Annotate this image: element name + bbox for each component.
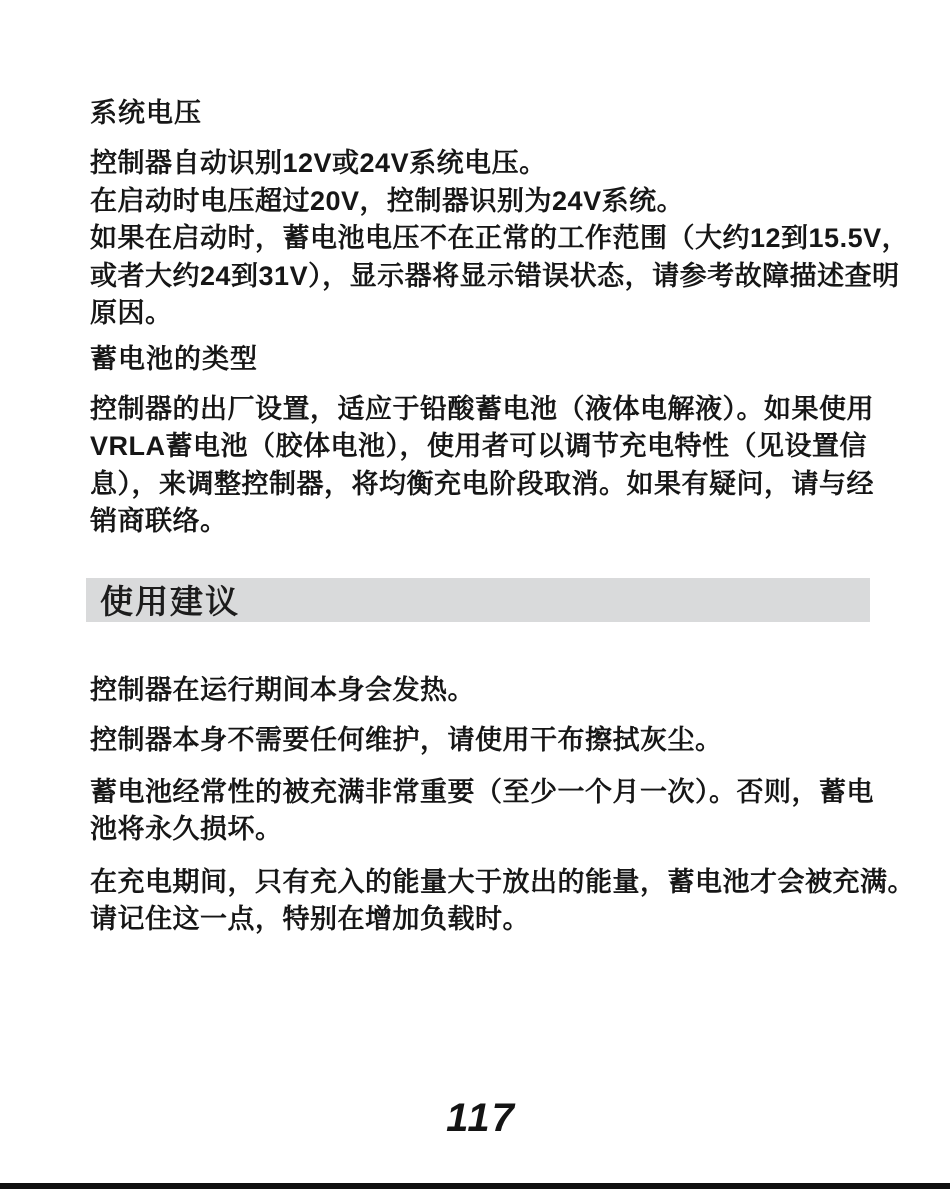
paragraph-line: 在启动时电压超过20V，控制器识别为24V系统。 [90,183,872,221]
paragraph-line: 或者大约24到31V），显示器将显示错误状态，请参考故障描述查明 [90,258,872,296]
paragraph-system-voltage: 控制器自动识别12V或24V系统电压。 在启动时电压超过20V，控制器识别为24… [90,145,872,333]
paragraph-line: 池将永久损坏。 [90,811,872,849]
paragraph-heat-notice: 控制器在运行期间本身会发热。 [90,672,872,710]
paragraph-charging-energy: 在充电期间，只有充入的能量大于放出的能量，蓄电池才会被充满。 请记住这一点，特别… [90,864,872,939]
paragraph-line: 控制器自动识别12V或24V系统电压。 [90,145,872,183]
section-banner-usage-advice: 使用建议 [86,578,870,622]
paragraph-line: 控制器的出厂设置，适应于铅酸蓄电池（液体电解液）。如果使用 [90,391,872,429]
paragraph-maintenance: 控制器本身不需要任何维护，请使用干布擦拭灰尘。 [90,722,872,760]
paragraph-line: 在充电期间，只有充入的能量大于放出的能量，蓄电池才会被充满。 [90,864,872,902]
manual-page: 系统电压 控制器自动识别12V或24V系统电压。 在启动时电压超过20V，控制器… [0,0,950,1189]
paragraph-battery-type: 控制器的出厂设置，适应于铅酸蓄电池（液体电解液）。如果使用 VRLA蓄电池（胶体… [90,391,872,541]
footer-bar [0,1183,950,1189]
banner-title: 使用建议 [100,576,240,623]
paragraph-line: 请记住这一点，特别在增加负载时。 [90,901,872,939]
page-number: 117 [90,1096,872,1141]
paragraph-line: VRLA蓄电池（胶体电池），使用者可以调节充电特性（见设置信 [90,428,872,466]
heading-system-voltage: 系统电压 [90,95,872,132]
paragraph-line: 控制器在运行期间本身会发热。 [90,672,872,710]
page-content: 系统电压 控制器自动识别12V或24V系统电压。 在启动时电压超过20V，控制器… [0,0,950,1141]
paragraph-line: 息），来调整控制器，将均衡充电阶段取消。如果有疑问，请与经 [90,466,872,504]
paragraph-line: 原因。 [90,295,872,333]
paragraph-line: 控制器本身不需要任何维护，请使用干布擦拭灰尘。 [90,722,872,760]
paragraph-line: 销商联络。 [90,503,872,541]
heading-battery-type: 蓄电池的类型 [90,341,872,378]
paragraph-full-charge: 蓄电池经常性的被充满非常重要（至少一个月一次）。否则，蓄电 池将永久损坏。 [90,774,872,849]
paragraph-line: 蓄电池经常性的被充满非常重要（至少一个月一次）。否则，蓄电 [90,774,872,812]
paragraph-line: 如果在启动时，蓄电池电压不在正常的工作范围（大约12到15.5V， [90,220,872,258]
